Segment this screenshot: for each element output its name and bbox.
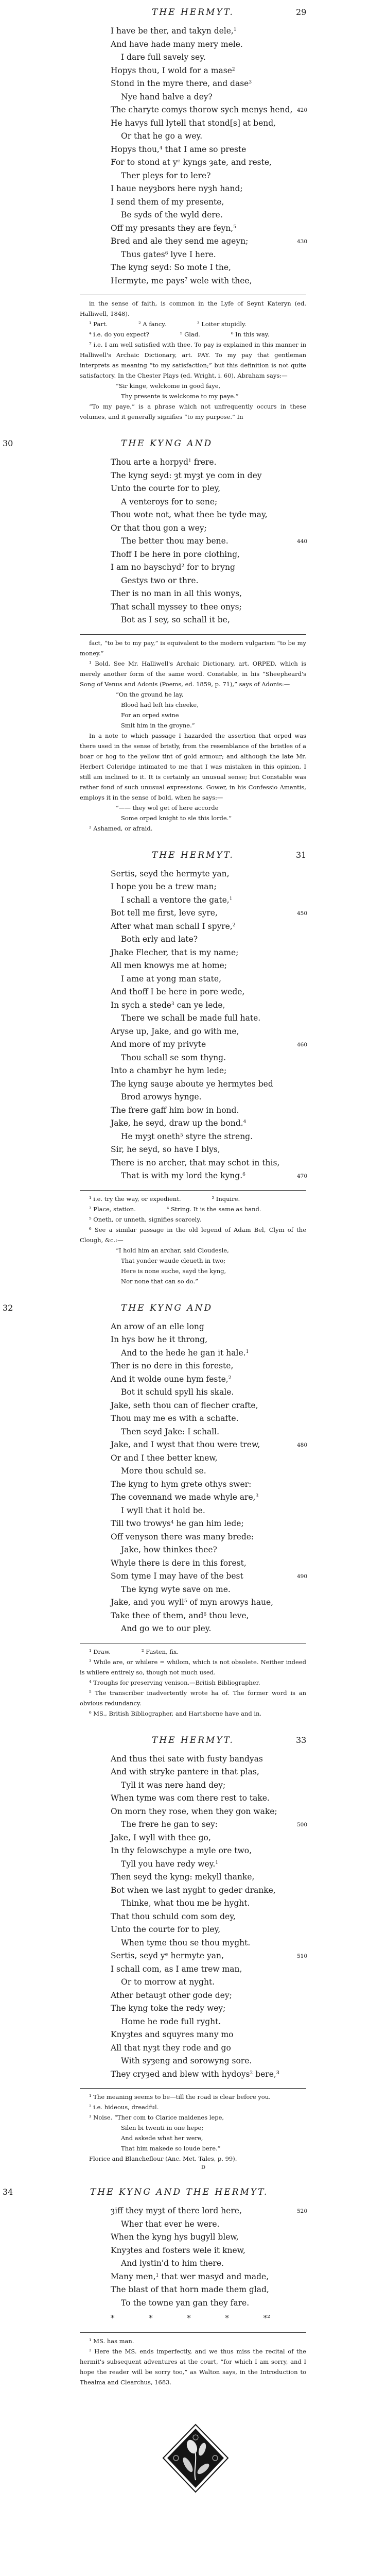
verse-line: Thou arte a horpyd1 frere. xyxy=(111,456,327,469)
verse-text: The kyng seyd: ȝt myȝt ye com in dey xyxy=(111,471,262,480)
footnote: ² i.e. hideous, dreadful. xyxy=(80,2102,306,2112)
verse-block: And thus thei sate with fusty bandyasAnd… xyxy=(111,1753,327,2081)
verse-line: Sertis, seyd the hermyte yan, xyxy=(111,868,327,881)
verse-line: Thus gates6 lyve I here. xyxy=(111,248,327,262)
verse-text: That is with my lord the kyng. xyxy=(121,1171,242,1180)
footnote: ⁴ Troughs for preserving venison.—Britis… xyxy=(80,1677,306,1688)
verse-text: And have hade many mery mele. xyxy=(111,40,243,49)
running-head: THE HERMYT.33 xyxy=(80,1728,327,1749)
verse-text: Home he rode full ryght. xyxy=(121,2017,221,2026)
verse-text: Thoff I be here in pore clothing, xyxy=(111,550,240,559)
running-head: THE KYNG AND THE HERMYT.34 xyxy=(80,2180,327,2200)
verse-line: Bred and ale they send me ageyn;430 xyxy=(111,235,327,248)
footnote-row: ³ Place, station.⁴ String. It is the sam… xyxy=(80,1204,306,1214)
page-number: 33 xyxy=(296,1735,306,1745)
verse-line: Or that he go a wey. xyxy=(111,130,327,143)
verse-line: In hys bow he it throng, xyxy=(111,1333,327,1347)
footnote-row: ¹ Part.² A fancy.³ Loiter stupidly. xyxy=(80,319,306,329)
verse-line: Wher that ever he were. xyxy=(111,2218,327,2231)
page-number: 32 xyxy=(3,1303,13,1313)
verse-line: All that nyȝt they rode and go xyxy=(111,2042,327,2055)
verse-text: Bot as I sey, so schall it be, xyxy=(121,615,230,624)
page-number: 30 xyxy=(3,438,13,448)
footnote-rule xyxy=(80,295,306,295)
verse-text: The covennand we made whyle are, xyxy=(111,1493,256,1502)
verse-text: lyve I here. xyxy=(168,250,216,259)
verse-text: And with stryke pantere in that plas, xyxy=(111,1767,259,1776)
verse-text: A venteroys for to sene; xyxy=(121,497,217,506)
verse-text: There we schall be made full hate. xyxy=(121,1013,260,1023)
verse-line: More thou schuld se. xyxy=(111,1465,327,1478)
footnote-rule xyxy=(80,1643,306,1643)
verse-text: I hope you be a trew man; xyxy=(111,882,217,891)
verse-text: I send them of my presente, xyxy=(111,197,224,207)
verse-line: He myȝt oneth5 styre the streng. xyxy=(111,1130,327,1144)
footnote: in the sense of faith, is common in the … xyxy=(80,298,306,319)
verse-text: After what man schall I spyre, xyxy=(111,922,233,931)
verse-text: I wyll that it hold be. xyxy=(121,1506,205,1515)
verse-text: he gan him lede; xyxy=(174,1519,244,1528)
verse-line: And thus thei sate with fusty bandyas xyxy=(111,1753,327,1766)
footnote-marker: 6 xyxy=(242,1172,245,1177)
footnotes: ¹ Draw.² Fasten, fix.³ While are, or whi… xyxy=(80,1647,306,1719)
verse-text: For to stond at yᵉ kyngs ȝate, and reste… xyxy=(111,158,272,167)
verse-text: bere,³ xyxy=(253,2070,279,2079)
verse-line: Then seyd Jake: I schall. xyxy=(111,1426,327,1439)
verse-line: Hopys thou,4 that I ame so preste xyxy=(111,143,327,157)
footnote: ¹ Draw. xyxy=(89,1647,111,1657)
verse-text: Stond in the myre there, and dase xyxy=(111,79,249,88)
footnotes: ¹ MS. has man.² Here the MS. ends imperf… xyxy=(80,2336,306,2387)
verse-text: When tyme was com there rest to take. xyxy=(111,1793,270,1803)
verse-line: Jake, and you wyll5 of myn arowys haue, xyxy=(111,1596,327,1609)
verse-line: After what man schall I spyre,2 xyxy=(111,920,327,934)
verse-block: An arow of an elle longIn hys bow he it … xyxy=(111,1320,327,1636)
verse-text: wele with thee, xyxy=(187,276,252,285)
verse-line: Sir, he seyd, so have I blys, xyxy=(111,1143,327,1157)
book-page: THE KYNG AND32An arow of an elle longIn … xyxy=(80,1296,327,1719)
verse-line: When the kyng hys bugyll blew, xyxy=(111,2231,327,2244)
book-page: THE HERMYT.31Sertis, seyd the hermyte ya… xyxy=(80,843,327,1286)
footnote: “To my paye,” is a phrase which not unfr… xyxy=(80,401,306,422)
verse-line: Into a chambyr he hym lede; xyxy=(111,1064,327,1078)
line-number: 440 xyxy=(297,535,307,549)
ellipsis-stars: *****² xyxy=(111,2310,270,2325)
verse-line: I hope you be a trew man; xyxy=(111,880,327,894)
verse-line: Bot when we last nyght to geder dranke, xyxy=(111,1884,327,1897)
verse-text: The kyng wyte save on me. xyxy=(121,1585,231,1594)
verse-line: And it wolde oune hym feste,2 xyxy=(111,1373,327,1386)
star: * xyxy=(111,2312,115,2325)
verse-text: Thou may me es with a schafte. xyxy=(111,1414,239,1423)
footnote: ² A fancy. xyxy=(138,319,166,329)
footnote-marker: 4 xyxy=(243,1120,247,1125)
verse-line: Jake, and I wyst that thou were trew,480 xyxy=(111,1438,327,1452)
verse-text: In hys bow he it throng, xyxy=(111,1335,207,1344)
footnote-marker: 2 xyxy=(229,1376,232,1381)
verse-line: Bot it schuld spyll his skale. xyxy=(111,1386,327,1399)
verse-line: That thou schuld com som dey, xyxy=(111,1910,327,1924)
footnote: ⁵ Oneth, or unneth, signifies scarcely. xyxy=(80,1214,306,1225)
verse-text: And thoff I be here in pore wede, xyxy=(111,987,244,996)
verse-text: I have be ther, and takyn dele, xyxy=(111,26,234,36)
verse-text: Brod arowys hynge. xyxy=(121,1092,202,1101)
verse-text: Then seyd Jake: I schall. xyxy=(121,1427,219,1436)
verse-text: Then seyd the kyng: mekyll thanke, xyxy=(111,1872,254,1882)
verse-line: The kyng wyte save on me. xyxy=(111,1583,327,1597)
verse-text: Jake, and you wyll xyxy=(111,1598,184,1607)
verse-text: Or that he go a wey. xyxy=(121,131,202,141)
footnote-marker: 3 xyxy=(249,80,252,85)
verse-line: With syȝeng and sorowyng sore. xyxy=(111,2055,327,2068)
verse-line: Jake, seth thou can of flecher crafte, xyxy=(111,1399,327,1413)
verse-text: That thou schuld com som dey, xyxy=(111,1912,236,1921)
footnote: ⁶ See a similar passage in the old legen… xyxy=(80,1225,306,1245)
verse-line: I have be ther, and takyn dele,1 xyxy=(111,25,327,38)
running-head-title: THE KYNG AND THE HERMYT. xyxy=(90,2187,268,2197)
verse-line: Or to morrow at nyght. xyxy=(111,1976,327,1989)
verse-line: Ther is no dere in this foreste, xyxy=(111,1360,327,1373)
verse-text: Sir, he seyd, so have I blys, xyxy=(111,1145,220,1154)
verse-line: I schall a ventore the gate,1 xyxy=(111,894,327,907)
verse-text: Thou wote not, what thee be tyde may, xyxy=(111,510,268,519)
verse-text: Ther is no dere in this foreste, xyxy=(111,1361,233,1370)
verse-line: Jhake Flecher, that is my name; xyxy=(111,946,327,960)
verse-text: Jake, and I wyst that thou were trew, xyxy=(111,1440,260,1449)
verse-line: Nye hand halve a dey? xyxy=(111,91,327,104)
line-number: 500 xyxy=(297,1819,307,1832)
verse-text: Both erly and late? xyxy=(121,935,198,944)
verse-text: Ather betauȝt other gode dey; xyxy=(111,1991,232,2000)
verse-text: An arow of an elle long xyxy=(111,1322,204,1331)
verse-text: Hopys thou, I wold for a mase xyxy=(111,66,232,75)
verse-text: Nye hand halve a dey? xyxy=(121,92,213,101)
footnote-marker: 1 xyxy=(246,1349,249,1354)
verse-text: Hopys thou, xyxy=(111,145,160,154)
footnotes: fact, “to be to my pay,” is equivalent t… xyxy=(80,638,306,834)
verse-line: I ame at yong man state, xyxy=(111,973,327,986)
verse-text: Bot tell me first, leve syre, xyxy=(111,908,218,918)
verse-line: He havys full lytell that stond[s] at be… xyxy=(111,117,327,130)
verse-line: On morn they rose, when they gon wake; xyxy=(111,1805,327,1819)
verse-text: The kyng seyd: So mote I the, xyxy=(111,263,231,272)
verse-line: Ther is no man in all this wonys, xyxy=(111,587,327,601)
verse-line: Aryse up, Jake, and go with me, xyxy=(111,1025,327,1039)
verse-text: Wher that ever he were. xyxy=(121,2219,220,2229)
book-page: THE KYNG AND THE HERMYT.34ȝiff they myȝt… xyxy=(80,2180,327,2387)
verse-text: And lystin'd to him there. xyxy=(121,2259,224,2268)
verse-text: Sertis, seyd yᵉ hermyte yan, xyxy=(111,1951,224,1960)
verse-text: More thou schuld se. xyxy=(121,1466,206,1476)
verse-line: Bot as I sey, so schall it be, xyxy=(111,614,327,627)
verse-line: I haue neyȝbors here nyȝh hand; xyxy=(111,182,327,196)
star: *² xyxy=(263,2312,270,2325)
verse-text: Whyle there is dere in this forest, xyxy=(111,1558,247,1568)
verse-text: Thus gates xyxy=(121,250,165,259)
verse-text: frere. xyxy=(191,457,217,467)
footnote-marker: 3 xyxy=(256,1494,259,1499)
verse-text: Aryse up, Jake, and go with me, xyxy=(111,1027,239,1036)
verse-text: that I ame so preste xyxy=(163,145,247,154)
verse-line: The kyng to hym grete othys swer: xyxy=(111,1478,327,1492)
verse-text: He myȝt oneth xyxy=(121,1132,180,1141)
verse-line: And have hade many mery mele. xyxy=(111,38,327,52)
verse-line: The frere he gan to sey:500 xyxy=(111,1818,327,1832)
footnote: And askede what her were, xyxy=(80,2133,306,2143)
verse-line: I wyll that it hold be. xyxy=(111,1504,327,1518)
footnote: ¹ Bold. See Mr. Halliwell's Archaic Dict… xyxy=(80,658,306,689)
footnote: fact, “to be to my pay,” is equivalent t… xyxy=(80,638,306,658)
footnote-row: ¹ i.e. try the way, or expedient.² Inqui… xyxy=(80,1194,306,1204)
running-head-title: THE HERMYT. xyxy=(152,1735,234,1745)
footnote-rule xyxy=(80,1190,306,1191)
verse-text: Thinke, what thou me be hyght. xyxy=(121,1899,250,1908)
footnote-marker: 1 xyxy=(230,896,233,902)
footnote: ³ Noise. “Ther com to Clarice maidenes l… xyxy=(80,2112,306,2123)
running-head: THE HERMYT.29 xyxy=(80,0,327,21)
footnote-marker: 1 xyxy=(234,27,237,32)
verse-text: Thou schall se som thyng. xyxy=(121,1053,226,1062)
footnote: ⁴ String. It is the same as band. xyxy=(167,1204,261,1214)
book-page: THE HERMYT.33And thus thei sate with fus… xyxy=(80,1728,327,2171)
verse-line: I schall com, as I ame trew man, xyxy=(111,1963,327,1976)
verse-line: Be syds of the wyld dere. xyxy=(111,209,327,222)
verse-line: For to stond at yᵉ kyngs ȝate, and reste… xyxy=(111,156,327,170)
footnote: ² Inquire. xyxy=(212,1194,240,1204)
verse-line: In sych a stede3 can ye lede, xyxy=(111,999,327,1012)
footnote-row: ¹ Draw.² Fasten, fix. xyxy=(80,1647,306,1657)
verse-text: Jake, seth thou can of flecher crafte, xyxy=(111,1401,258,1410)
verse-block: I have be ther, and takyn dele,1And have… xyxy=(111,25,327,287)
verse-block: Thou arte a horpyd1 frere.The kyng seyd:… xyxy=(111,456,327,627)
verse-text: And go we to our pley. xyxy=(121,1624,211,1633)
line-number: 480 xyxy=(297,1439,307,1452)
verse-line: Gestys two or thre. xyxy=(111,574,327,588)
verse-text: Bot it schuld spyll his skale. xyxy=(121,1387,234,1397)
verse-line: They cryȝed and blew with hydoys2 bere,³ xyxy=(111,2068,327,2081)
verse-line: That schall myssey to thee onys; xyxy=(111,601,327,614)
verse-line: Off venyson there was many brede: xyxy=(111,1531,327,1544)
verse-text: Or that thou gon a wey; xyxy=(111,523,207,533)
verse-text: I schall a ventore the gate, xyxy=(121,895,230,905)
verse-line: Many men,1 that wer masyd and made, xyxy=(111,2270,327,2284)
verse-line: The blast of that horn made them glad, xyxy=(111,2283,327,2297)
verse-line: In thy felowschype a myle ore two, xyxy=(111,1844,327,1858)
footnotes: ¹ The meaning seems to be—till the road … xyxy=(80,2092,306,2164)
page-number: 29 xyxy=(296,7,306,17)
footnote: ² Fasten, fix. xyxy=(142,1647,179,1657)
footnotes: in the sense of faith, is common in the … xyxy=(80,298,306,422)
verse-block: ȝiff they myȝt of there lord here,520Whe… xyxy=(111,2205,327,2325)
verse-text: And it wolde oune hym feste, xyxy=(111,1375,229,1384)
verse-text: When tyme thou se thou myght. xyxy=(121,1938,250,1947)
running-head: THE KYNG AND30 xyxy=(80,431,327,452)
verse-text: Jake, I wyll with thee go, xyxy=(111,1833,211,1842)
verse-text: Or and I thee better knew, xyxy=(111,1453,218,1463)
verse-text: The kyng to hym grete othys swer: xyxy=(111,1480,251,1489)
footnote: Smit him in the groyne.” xyxy=(80,720,306,731)
verse-line: The kyng sauȝe aboute ye hermytes bed xyxy=(111,1078,327,1091)
verse-text: The kyng sauȝe aboute ye hermytes bed xyxy=(111,1079,273,1089)
footnote-marker: 1 xyxy=(215,1860,218,1866)
star: * xyxy=(149,2312,153,2325)
verse-text: Jhake Flecher, that is my name; xyxy=(111,948,238,957)
verse-text: In sych a stede xyxy=(111,1001,171,1010)
line-number: 520 xyxy=(297,2205,307,2218)
verse-line: Tyll you have redy wey.1 xyxy=(111,1858,327,1871)
footnote: ¹ i.e. try the way, or expedient. xyxy=(89,1194,181,1204)
footnote: ¹ The meaning seems to be—till the road … xyxy=(80,2092,306,2102)
line-number: 510 xyxy=(297,1950,307,1963)
verse-text: Ther is no man in all this wonys, xyxy=(111,589,242,598)
verse-text: Hermyte, me pays xyxy=(111,276,184,285)
verse-line: Both erly and late? xyxy=(111,933,327,946)
verse-line: Jake, I wyll with thee go, xyxy=(111,1832,327,1845)
verse-text: Many men, xyxy=(111,2272,156,2281)
verse-text: The frere he gan to sey: xyxy=(121,1820,218,1829)
verse-text: Take thee of them, and xyxy=(111,1611,203,1620)
star: * xyxy=(225,2312,229,2325)
verse-text: Or to morrow at nyght. xyxy=(121,1977,215,1987)
footnote: ⁵ The transcriber inadvertently wrote ha… xyxy=(80,1688,306,1708)
verse-text: In thy felowschype a myle ore two, xyxy=(111,1846,252,1855)
verse-line: Thinke, what thou me be hyght. xyxy=(111,1897,327,1910)
verse-text: Tyll it was nere hand dey; xyxy=(121,1781,225,1790)
footnote-marker: 2 xyxy=(233,923,236,928)
verse-text: I dare full savely sey. xyxy=(121,53,206,62)
verse-text: To the towne yan gan they fare. xyxy=(121,2298,249,2308)
verse-line: The covennand we made whyle are,3 xyxy=(111,1491,327,1504)
footnote: ⁶ In this way. xyxy=(231,329,269,340)
verse-line: Sertis, seyd yᵉ hermyte yan,510 xyxy=(111,1950,327,1963)
verse-text: Off my presants they are feyn, xyxy=(111,224,233,233)
footnote-rule xyxy=(80,2088,306,2089)
verse-text: All that nyȝt they rode and go xyxy=(111,2043,231,2053)
signature-mark: D xyxy=(80,2165,327,2171)
verse-line: I am no bayschyd2 for to bryng xyxy=(111,561,327,574)
verse-text: Off venyson there was many brede: xyxy=(111,1532,254,1541)
verse-text: Unto the courte for to pley, xyxy=(111,484,220,493)
verse-text: The charyte comys thorow sych menys hend… xyxy=(111,105,292,114)
verse-text: Gestys two or thre. xyxy=(121,576,199,585)
footnote: Here is none suche, sayd the kyng, xyxy=(80,1266,306,1276)
footnote: ² Ashamed, or afraid. xyxy=(80,823,306,834)
footnote: ² Here the MS. ends imperfectly, and we … xyxy=(80,2346,306,2387)
verse-text: On morn they rose, when they gon wake; xyxy=(111,1807,277,1816)
verse-line: Stond in the myre there, and dase3 xyxy=(111,77,327,91)
footnotes: ¹ i.e. try the way, or expedient.² Inqui… xyxy=(80,1194,306,1286)
page-number: 34 xyxy=(3,2187,13,2197)
verse-text: I schall com, as I ame trew man, xyxy=(111,1964,242,1974)
verse-line: Till two trowys4 he gan him lede; xyxy=(111,1517,327,1531)
verse-line: The frere gaff him bow in hond. xyxy=(111,1104,327,1117)
verse-line: Or and I thee better knew, xyxy=(111,1452,327,1465)
running-head-title: THE KYNG AND xyxy=(121,1303,213,1313)
footnote: Florice and Blancheflour (Anc. Met. Tale… xyxy=(80,2154,306,2164)
verse-line: Then seyd the kyng: mekyll thanke, xyxy=(111,1871,327,1884)
verse-line: I send them of my presente, xyxy=(111,196,327,209)
verse-text: Sertis, seyd the hermyte yan, xyxy=(111,869,230,878)
line-number: 490 xyxy=(297,1570,307,1584)
verse-line: There is no archer, that may schot in th… xyxy=(111,1157,327,1170)
verse-text: Till two trowys xyxy=(111,1519,171,1528)
verse-text: Thou arte a horpyd xyxy=(111,457,188,467)
verse-text: I am no bayschyd xyxy=(111,563,181,572)
footnote: ⁷ i.e. I am well satisfied with thee. To… xyxy=(80,340,306,381)
footnote: ³ Loiter stupidly. xyxy=(197,319,247,329)
footnote-marker: 5 xyxy=(233,225,236,230)
footnote: Silen bi twenti in one hepe; xyxy=(80,2123,306,2133)
footnote: Blood had left his cheeke, xyxy=(80,700,306,710)
running-head-title: THE HERMYT. xyxy=(152,7,234,18)
footnote: Some orped knight to sle this lorde.” xyxy=(80,813,306,823)
verse-line: The kyng seyd: ȝt myȝt ye com in dey xyxy=(111,469,327,483)
running-head: THE KYNG AND32 xyxy=(80,1296,327,1316)
verse-text: There is no archer, that may schot in th… xyxy=(111,1158,279,1167)
verse-line: That is with my lord the kyng.6470 xyxy=(111,1170,327,1183)
verse-line: Knyȝtes and fosters wele it knew, xyxy=(111,2244,327,2258)
footnote: That yonder waude cleueth in two; xyxy=(80,1256,306,1266)
verse-text: All men knowys me at home; xyxy=(111,961,227,970)
verse-text: Ther pleys for to lere? xyxy=(121,171,210,180)
verse-line: Unto the courte for to pley, xyxy=(111,482,327,496)
verse-text: He havys full lytell that stond[s] at be… xyxy=(111,118,276,128)
verse-text: ȝiff they myȝt of there lord here, xyxy=(111,2206,242,2215)
footnote: ⁵ Glad. xyxy=(180,329,200,340)
footnote: In a note to which passage I hazarded th… xyxy=(80,731,306,803)
verse-text: that wer masyd and made, xyxy=(159,2272,269,2281)
verse-line: The kyng seyd: So mote I the, xyxy=(111,261,327,275)
footnote: ³ Place, station. xyxy=(89,1204,136,1214)
verse-text: Be syds of the wyld dere. xyxy=(121,210,223,219)
verse-line: Brod arowys hynge. xyxy=(111,1091,327,1104)
verse-line: Whyle there is dere in this forest, xyxy=(111,1557,327,1570)
book-page: THE HERMYT.29I have be ther, and takyn d… xyxy=(80,0,327,422)
verse-text: I haue neyȝbors here nyȝh hand; xyxy=(111,184,243,193)
verse-line: And lystin'd to him there. xyxy=(111,2257,327,2270)
verse-text: The better thou may bene. xyxy=(121,536,229,546)
verse-text: And more of my privyte xyxy=(111,1040,206,1049)
verse-text: Knyȝtes and squyres many mo xyxy=(111,2030,233,2039)
verse-line: Knyȝtes and squyres many mo xyxy=(111,2028,327,2042)
verse-text: The kyng toke the redy wey; xyxy=(111,2004,225,2013)
running-head-title: THE HERMYT. xyxy=(152,850,234,860)
verse-line: The kyng toke the redy wey; xyxy=(111,2002,327,2015)
verse-line: And go we to our pley. xyxy=(111,1622,327,1636)
verse-line: Tyll it was nere hand dey; xyxy=(111,1779,327,1792)
footnote: Nor none that can so do.” xyxy=(80,1276,306,1286)
verse-line: Thou may me es with a schafte. xyxy=(111,1412,327,1426)
line-number: 460 xyxy=(297,1039,307,1052)
verse-line: And with stryke pantere in that plas, xyxy=(111,1766,327,1779)
verse-line: To the towne yan gan they fare. xyxy=(111,2297,327,2310)
footnote: “Sir kinge, welckome in good faye, xyxy=(80,381,306,391)
verse-line: Jake, he seyd, draw up the bond.4 xyxy=(111,1117,327,1130)
book-page: THE KYNG AND30Thou arte a horpyd1 frere.… xyxy=(80,431,327,834)
footnote: “—— they wol get of here accorde xyxy=(80,803,306,813)
verse-line: The better thou may bene.440 xyxy=(111,535,327,548)
verse-text: The frere gaff him bow in hond. xyxy=(111,1106,239,1115)
verse-text: Knyȝtes and fosters wele it knew, xyxy=(111,2246,245,2255)
verse-line: ȝiff they myȝt of there lord here,520 xyxy=(111,2205,327,2218)
verse-line: Unto the courte for to pley, xyxy=(111,1923,327,1937)
verse-text: Bred and ale they send me ageyn; xyxy=(111,236,248,246)
footnote: ³ While are, or whilere = whilom, which … xyxy=(80,1657,306,1677)
verse-line: And thoff I be here in pore wede, xyxy=(111,986,327,999)
verse-text: can ye lede, xyxy=(174,1001,225,1010)
verse-text: I ame at yong man state, xyxy=(121,974,221,984)
verse-line: Hermyte, me pays7 wele with thee, xyxy=(111,275,327,288)
